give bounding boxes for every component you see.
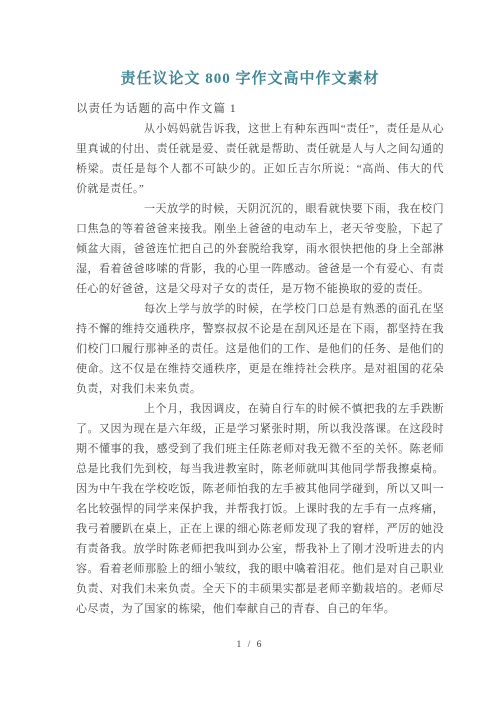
document-content: 以责任为话题的高中作文篇 1 从小妈妈就告诉我，这世上有种东西叫“责任”，责任是… bbox=[76, 99, 444, 619]
page-number: 1 / 6 bbox=[0, 640, 500, 650]
document-title: 责任议论文 800 字作文高中作文素材 bbox=[0, 0, 500, 92]
paragraph-4: 上个月，我因调皮，在骑自行车的时候不慎把我的左手跌断了。又因为现在是六年级，正是… bbox=[76, 399, 444, 619]
document-subtitle: 以责任为话题的高中作文篇 1 bbox=[76, 99, 444, 119]
document-page: 责任议论文 800 字作文高中作文素材 以责任为话题的高中作文篇 1 从小妈妈就… bbox=[0, 0, 500, 707]
paragraph-2: 一天放学的时候，天阴沉沉的，眼看就快要下雨，我在校门口焦急的等着爸爸来接我。刚坐… bbox=[76, 199, 444, 299]
paragraph-1: 从小妈妈就告诉我，这世上有种东西叫“责任”，责任是从心里真诚的付出、责任就是爱、… bbox=[76, 119, 444, 199]
essay-body: 从小妈妈就告诉我，这世上有种东西叫“责任”，责任是从心里真诚的付出、责任就是爱、… bbox=[76, 119, 444, 619]
paragraph-3: 每次上学与放学的时候，在学校门口总是有熟悉的面孔在坚持不懈的维持交通秩序，警察叔… bbox=[76, 299, 444, 399]
